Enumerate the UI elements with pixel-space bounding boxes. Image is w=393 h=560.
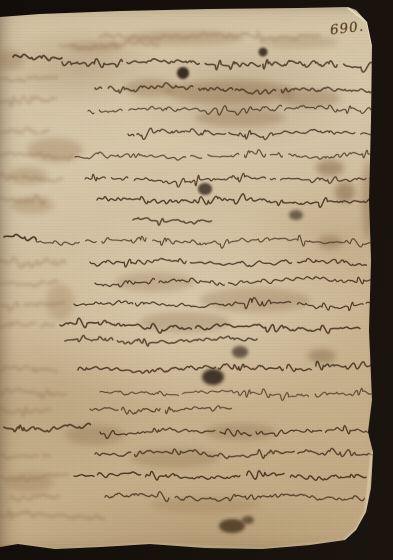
manuscript-page <box>0 0 393 560</box>
photo-background: 690. <box>0 0 393 560</box>
